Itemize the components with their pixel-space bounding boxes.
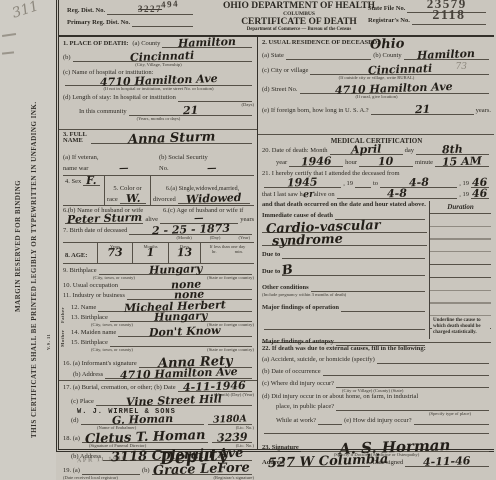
alive-on-year: 46	[472, 190, 488, 199]
other-conditions-sub: (Include pregnancy within 3 months of de…	[262, 292, 427, 297]
mother-bp-sub2: (State or foreign country)	[207, 347, 254, 352]
sex-color-marital-box: 4. Sex F. 5. Color or race W. 6.(a) Sing…	[63, 175, 254, 206]
sec2-heading: 2. USUAL RESIDENCE OF DECEASED:	[262, 39, 379, 47]
header-bureau: Department of Commerce — Bureau of the C…	[199, 27, 399, 32]
age-label: 8. AGE:	[65, 252, 87, 259]
certify-19b: , 19	[459, 180, 469, 188]
external-a-label: (a) Accident, suicide, or homicide (spec…	[262, 356, 375, 364]
external-heading: 22. If death was due to external causes,…	[262, 345, 491, 353]
father-birthplace-value: Hungary	[154, 312, 208, 322]
death-year-label: year	[276, 159, 287, 167]
sec2-county-value: Hamilton	[417, 50, 475, 60]
external-a-line	[377, 355, 489, 364]
sex-label: 4. Sex	[65, 178, 81, 186]
section-personal: 3. FULL NAME Anna Sturm (a) If veteran, …	[59, 129, 257, 301]
registrar-label: 19. (a)	[63, 467, 80, 475]
color-label2: race	[107, 196, 118, 204]
pencil-stroke	[2, 33, 16, 36]
death-minute-label: minute	[415, 159, 433, 167]
attended-to-value: 4-8	[409, 179, 429, 188]
other-conditions-label: Other conditions	[262, 284, 309, 292]
margin-unfading-note: THIS CERTIFICATE SHALL BE PRINTED LEGIBL…	[30, 101, 38, 438]
external-d-label: (d) Did injury occur in or about home, o…	[262, 393, 491, 401]
color-value: W.	[126, 195, 141, 204]
while-at-work-line	[318, 416, 342, 425]
registrar-sub-a: (Date received local registrar)	[63, 475, 118, 480]
birth-sub-year: (Year)	[238, 235, 250, 240]
alive-on-label: alive on	[314, 191, 335, 199]
sec1-stay-label: (d) Length of stay: In hospital or insti…	[63, 94, 176, 102]
industry-label: 11. Industry or business	[63, 292, 125, 300]
autopsy-findings-line	[336, 337, 425, 346]
immediate-cause-value2: syndrome	[272, 236, 343, 246]
margin-form-number: V.S. 11	[46, 334, 51, 350]
age-less-label: If less than one day	[203, 244, 252, 249]
sec2-city-label: (c) City or village	[262, 67, 308, 75]
margin-binding-note: MARGIN RESERVED FOR BINDING	[14, 180, 22, 312]
full-name-value: Anna Sturm	[128, 133, 216, 144]
external-b-label: (b) Date of occurrence	[262, 368, 321, 376]
death-hour-label: hour	[345, 159, 357, 167]
cause-of-death-area: Duration Underline the cause to which de…	[262, 201, 491, 339]
informant-address-value: 4710 Hamilton Ave	[120, 368, 238, 380]
death-hour-value: 10	[378, 158, 394, 167]
sec1-county-label: (a) County	[132, 40, 160, 48]
embalmer-lic-sub: (Lic. No.)	[236, 425, 254, 430]
duration-header: Duration	[430, 201, 491, 213]
birthplace-sub1: (City, town, or county)	[93, 275, 135, 280]
sec1-hospital-value: 4710 Hamilton Ave	[100, 75, 218, 87]
veteran-label: (a) If veteran,	[63, 154, 99, 161]
section-medical: MEDICAL CERTIFICATION 20. Date of death:…	[258, 134, 494, 470]
sec2-foreign-value: 21	[414, 106, 430, 115]
left-column: 1. PLACE OF DEATH: (a) County Hamilton (…	[59, 37, 258, 449]
date-signed-value: 4-11-46	[423, 457, 471, 467]
spouse-value: Peter Sturm	[66, 214, 141, 225]
sec2-foreign-suffix: years.	[476, 107, 491, 115]
external-e-line	[414, 416, 489, 425]
father-bracket-label: Father	[60, 307, 65, 323]
section-physician: 23. Signature A. S. Horman (Specify if D…	[262, 425, 491, 469]
due-to-2-label: Due to	[262, 268, 280, 276]
age-min-label: min.	[235, 249, 243, 254]
section-external-causes: 22. If death was due to external causes,…	[262, 342, 491, 425]
physician-signature-label: 23. Signature	[262, 444, 299, 452]
burial-label: 17. (a) Burial, cremation, or other; (b)…	[63, 384, 176, 392]
external-e-label: (e) How did injury occur?	[344, 417, 412, 425]
sec2-county-label: (b) County	[373, 52, 401, 60]
spouse-age-label2: alive	[145, 216, 158, 224]
age-hr-label: hr.	[212, 249, 217, 254]
sec2-city-value: Cincinnati	[367, 65, 431, 75]
certify-line4: and that death occurred on the date and …	[262, 201, 427, 209]
immediate-cause-label: Immediate cause of death	[262, 212, 333, 220]
embalmer-value: G. Homan	[112, 415, 173, 425]
sec1-city-value: Cincinnati	[130, 52, 194, 62]
sec2-pencil-number: 73	[456, 62, 467, 72]
pencil-stroke	[2, 51, 14, 54]
informant-signature-label: 16. (a) Informant's signature	[63, 360, 137, 368]
full-name-label: 3. FULL NAME	[63, 132, 89, 144]
father-bp-sub1: (City, town, or county)	[91, 322, 133, 327]
sec1-heading: 1. PLACE OF DEATH:	[63, 40, 128, 48]
autopsy-findings-label: Major findings of autopsy	[262, 338, 334, 346]
death-certificate-scan: MARGIN RESERVED FOR BINDING THIS CERTIFI…	[0, 0, 496, 480]
operation-findings-label: Major findings of operation	[262, 304, 339, 312]
sec2-state-label: (a) State	[262, 52, 284, 60]
marital-value: Widowed	[186, 194, 242, 204]
birthplace-value: Hungary	[148, 265, 202, 275]
birth-sub-day: (Day)	[210, 235, 221, 240]
registrar-no-label: Registrar's No.	[368, 17, 410, 25]
age-days-value: 13	[171, 249, 198, 258]
sec2-street-value: 4710 Hamilton Ave	[335, 83, 453, 95]
mother-maiden-label: 14. Maiden name	[71, 329, 116, 337]
age-months-value: 1	[135, 248, 166, 257]
underline-cause-note: Underline the cause to which death shoul…	[432, 317, 490, 337]
informant-address-label: (b) Address	[73, 371, 103, 379]
veteran-value: —	[119, 165, 129, 173]
director-label: 18. (a)	[63, 435, 80, 443]
certify-19a: , 19	[343, 180, 353, 188]
right-column: 2. USUAL RESIDENCE OF DECEASED: Ohio (a)…	[258, 37, 494, 449]
burial-date-value: 4-11-1946	[183, 382, 246, 392]
due-to-1-line	[282, 250, 425, 259]
physician-signature-value: A. S. Horman	[339, 441, 451, 453]
physician-blank-line	[264, 425, 489, 434]
sec2-state-value: Ohio	[370, 40, 405, 49]
pencil-note: 311	[10, 0, 40, 22]
sec1-b-label: (b)	[63, 54, 71, 62]
primary-reg-dist-label: Primary Reg. Dist. No.	[67, 19, 130, 27]
marital-label2: divorced	[153, 196, 176, 204]
primary-reg-dist-blank	[132, 19, 193, 27]
director-signature-value: Cletus T. Homan	[85, 432, 206, 444]
ssn-label2: No.	[159, 165, 169, 173]
mother-maiden-value: Don't Know	[149, 327, 221, 337]
sec1-community-value: 21	[183, 107, 199, 116]
alive-on-value: 4-8	[387, 190, 407, 199]
sec2-street-label: (d) Street No.	[262, 86, 298, 94]
last-saw-er: er	[303, 191, 314, 199]
external-d-label2: place, in public place?	[276, 403, 334, 411]
veteran-label2: name war	[63, 165, 88, 173]
date-of-death-label: 20. Date of death: Month	[262, 147, 328, 155]
embalmer-label: (d)	[71, 417, 79, 425]
state-file-label: State File No.	[368, 5, 405, 13]
death-month-value: April	[351, 145, 382, 154]
certify-to: to	[373, 180, 378, 188]
birth-date-value: 2 - 25 - 1873	[152, 225, 230, 236]
certificate-form: OHIO DEPARTMENT OF HEALTH COLUMBUS CERTI…	[56, 0, 494, 452]
director-lic-value: 3239	[217, 433, 248, 442]
age-table: 8. AGE: Years 73 Months 1 Days 13	[63, 242, 254, 264]
ssn-label: (b) Social Security	[159, 154, 208, 161]
certify-19c: , 19	[459, 191, 469, 199]
sec2-foreign-label: (e) If foreign born, how long in U. S. A…	[262, 107, 369, 115]
external-c-label: (c) Where did injury occur?	[262, 380, 334, 388]
registrar-date-blank	[82, 466, 140, 475]
external-d-line	[336, 402, 489, 411]
deputy-note: Deputy	[160, 451, 228, 464]
due-to-1-label: Due to	[262, 251, 280, 259]
sex-value: F.	[86, 177, 97, 185]
registrar-no-value: 2118	[432, 8, 465, 24]
death-day-label: day	[405, 147, 414, 155]
while-at-work-label: While at work?	[276, 417, 316, 425]
father-name-label: 12. Name	[71, 304, 96, 312]
section-informant: 16. (a) Informant's signature Anna Rety …	[59, 353, 257, 380]
sec1-community-label: In this community	[79, 108, 127, 116]
form-header: OHIO DEPARTMENT OF HEALTH COLUMBUS CERTI…	[59, 0, 494, 37]
sec1-county-value: Hamilton	[178, 38, 236, 48]
reg-dist-label: Reg. Dist. No.	[67, 7, 105, 15]
birth-date-label: 7. Birth date of deceased	[63, 227, 127, 235]
occupation-label: 10. Usual occupation	[63, 282, 118, 290]
external-b-line	[323, 367, 489, 376]
duration-column: Duration Underline the cause to which de…	[429, 201, 491, 339]
attended-from-value: 1945	[287, 178, 318, 187]
operation-findings-line2	[264, 321, 425, 330]
other-conditions-line	[311, 283, 425, 292]
section-place-of-death: 1. PLACE OF DEATH: (a) County Hamilton (…	[59, 37, 257, 129]
burial-place-label: (c) Place	[71, 398, 94, 406]
sec1-community-sub: (Years, months or days)	[63, 116, 254, 121]
mother-birthplace-label: 15. Birthplace	[71, 339, 108, 347]
age-years-value: 73	[100, 248, 130, 257]
last-saw-label: that I last saw h	[262, 191, 303, 199]
birthplace-label: 9. Birthplace	[63, 267, 97, 275]
certify-19a-blank	[355, 179, 371, 188]
section-parents: Father Mother 12. Name Micheal Herbert 1…	[59, 301, 257, 353]
section-residence: 2. USUAL RESIDENCE OF DECEASED: Ohio (a)…	[258, 37, 494, 134]
external-c-line	[336, 379, 489, 388]
reg-dist-stamp-value: 494	[161, 0, 180, 10]
sec2-state-line	[286, 51, 371, 60]
burial-place-value: Vine Street Hill	[126, 395, 222, 406]
physician-address-value: 527 W Columbia	[268, 456, 389, 468]
father-birthplace-label: 13. Birthplace	[71, 314, 108, 322]
operation-findings-line	[341, 303, 425, 312]
embalmer-lic-value: 3180A	[213, 415, 247, 424]
ssn-value: —	[206, 165, 216, 173]
death-day-value: 8th	[442, 146, 463, 155]
death-year-value: 1946	[301, 157, 332, 166]
registrar-b-label: (b)	[142, 467, 150, 475]
mother-bracket-label: Mother	[60, 330, 65, 348]
birthplace-sub2: (State or foreign country)	[207, 275, 254, 280]
sec1-stay-blank	[178, 93, 252, 102]
mother-bp-sub1: (City, town, or county)	[91, 347, 133, 352]
reg-dist-struck-value: 3227	[138, 4, 162, 14]
death-minute-value: 15 AM	[442, 157, 482, 166]
spouse-age-suffix: years	[240, 216, 254, 224]
due-to-2-scribble: B	[282, 266, 294, 275]
section-burial: 17. (a) Burial, cremation, or other; (b)…	[59, 380, 257, 480]
